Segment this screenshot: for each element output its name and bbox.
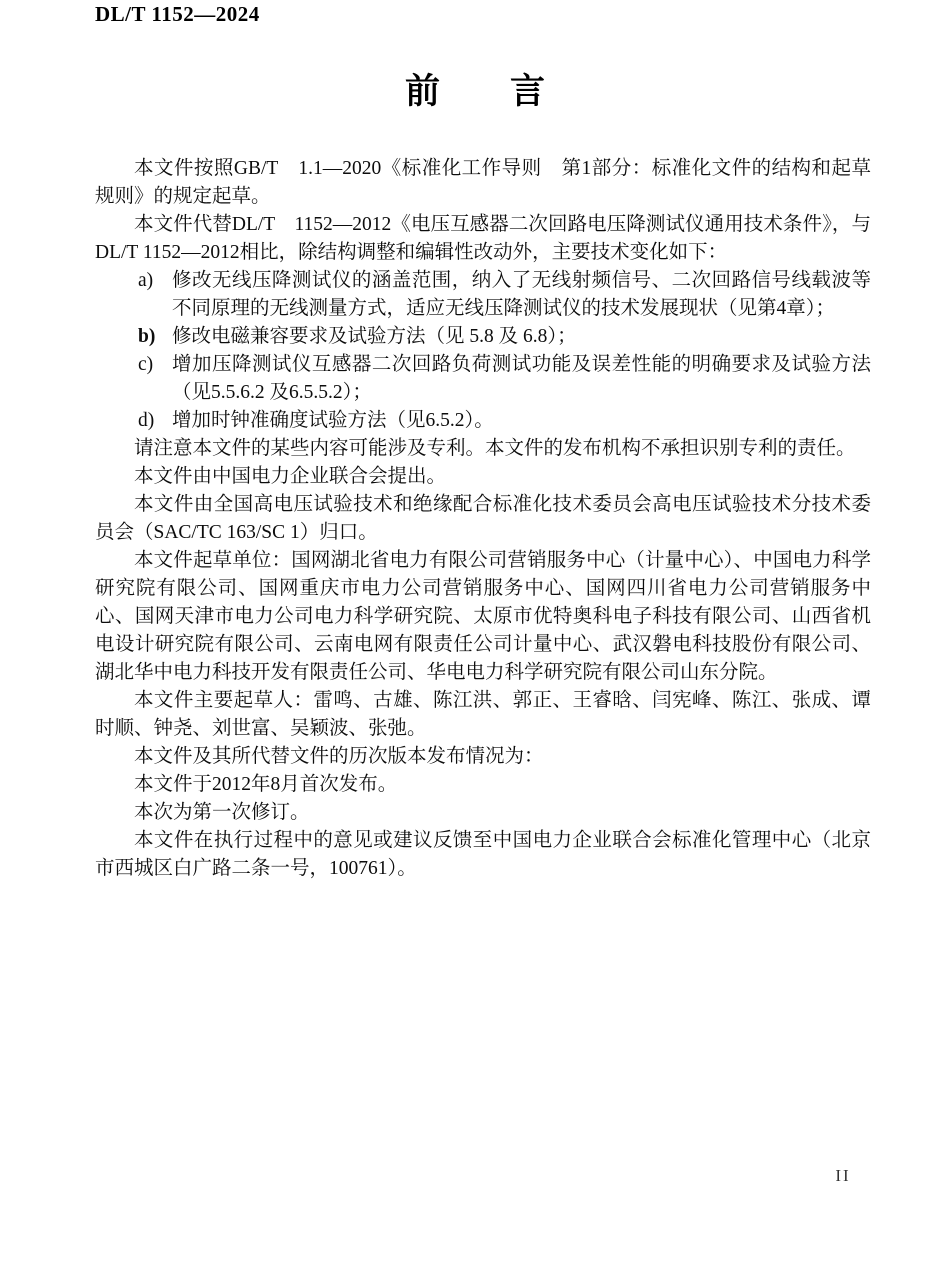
list-item-text: 增加压降测试仪互感器二次回路负荷测试功能及误差性能的明确要求及试验方法（见5.5… (172, 354, 871, 403)
list-item-text: 修改电磁兼容要求及试验方法（见 5.8 及 6.8）； (172, 326, 577, 347)
list-marker-c: c) (138, 351, 153, 379)
page-number-value: II (835, 1166, 850, 1186)
page-title: 前 言 (0, 64, 950, 114)
list-item-b: b) 修改电磁兼容要求及试验方法（见 5.8 及 6.8）； (95, 323, 871, 351)
paragraph-version-history-intro: 本文件及其所代替文件的历次版本发布情况为： (95, 743, 871, 771)
paragraph-drafting-organizations: 本文件起草单位：国网湖北省电力有限公司营销服务中心（计量中心）、中国电力科学研究… (95, 547, 871, 687)
standard-number-header: DL/T 1152—2024 (95, 2, 260, 27)
paragraph-feedback-address: 本文件在执行过程中的意见或建议反馈至中国电力企业联合会标准化管理中心（北京市西城… (95, 827, 871, 883)
document-page: DL/T 1152—2024 前 言 本文件按照GB/T 1.1—2020《标准… (0, 0, 950, 1270)
list-item-c: c) 增加压降测试仪互感器二次回路负荷测试功能及误差性能的明确要求及试验方法（见… (95, 351, 871, 407)
list-marker-d: d) (138, 407, 154, 435)
paragraph-patent-notice: 请注意本文件的某些内容可能涉及专利。本文件的发布机构不承担识别专利的责任。 (95, 435, 871, 463)
list-item-text: 修改无线压降测试仪的涵盖范围，纳入了无线射频信号、二次回路信号线载波等不同原理的… (172, 270, 871, 319)
paragraph-first-published: 本文件于2012年8月首次发布。 (95, 771, 871, 799)
foreword-body: 本文件按照GB/T 1.1—2020《标准化工作导则 第1部分：标准化文件的结构… (95, 155, 871, 883)
paragraph-centralized-by: 本文件由全国高电压试验技术和绝缘配合标准化技术委员会高电压试验技术分技术委员会（… (95, 491, 871, 547)
paragraph-replacement-notice: 本文件代替DL/T 1152—2012《电压互感器二次回路电压降测试仪通用技术条… (95, 211, 871, 267)
list-item-d: d) 增加时钟准确度试验方法（见6.5.2）。 (95, 407, 871, 435)
paragraph-first-revision: 本次为第一次修订。 (95, 799, 871, 827)
list-item-a: a) 修改无线压降测试仪的涵盖范围，纳入了无线射频信号、二次回路信号线载波等不同… (95, 267, 871, 323)
paragraph-proposed-by: 本文件由中国电力企业联合会提出。 (95, 463, 871, 491)
paragraph-drafting-rules: 本文件按照GB/T 1.1—2020《标准化工作导则 第1部分：标准化文件的结构… (95, 155, 871, 211)
paragraph-main-drafters: 本文件主要起草人：雷鸣、古雄、陈江洪、郭正、王睿晗、闫宪峰、陈江、张成、谭时顺、… (95, 687, 871, 743)
page-number: II (0, 1166, 950, 1186)
list-item-text: 增加时钟准确度试验方法（见6.5.2）。 (172, 410, 494, 431)
list-marker-a: a) (138, 267, 153, 295)
list-marker-b: b) (138, 323, 155, 351)
